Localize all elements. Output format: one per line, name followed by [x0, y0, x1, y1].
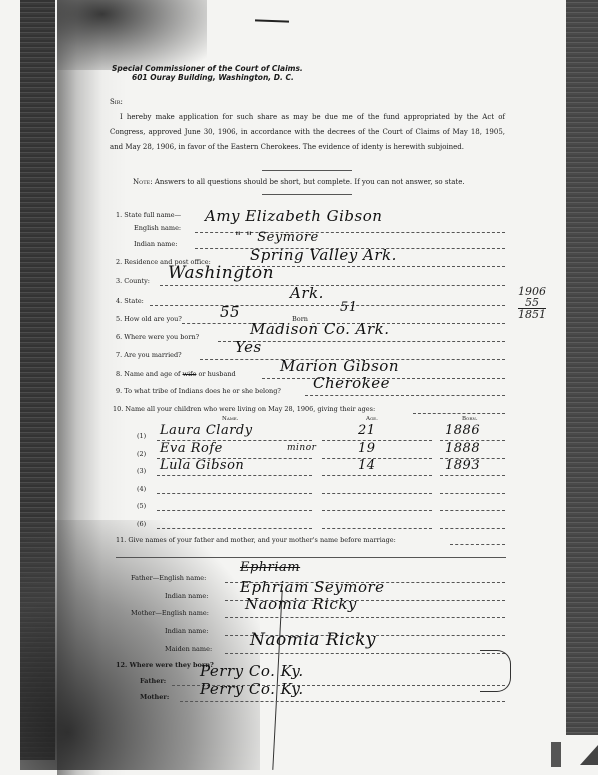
married-answer: Yes — [235, 338, 262, 356]
q4-label: 4. State: — [116, 297, 144, 305]
answer-line — [150, 305, 505, 306]
minor-note: minor — [287, 443, 316, 453]
child-number: (3) — [137, 467, 146, 475]
child-age: 19 — [358, 441, 376, 456]
answer-line — [157, 528, 312, 529]
pen-mark — [255, 19, 289, 22]
county-answer: Washington — [168, 263, 274, 283]
mother-indian-label: Indian name: — [165, 627, 208, 635]
answer-line — [322, 528, 432, 529]
answer-line — [440, 493, 505, 494]
header-line-2: 601 Ouray Building, Washington, D. C. — [112, 73, 303, 82]
english-name-answer: Amy Elizabeth Gibson — [205, 207, 382, 225]
father-born-label: Father: — [140, 677, 166, 685]
answer-line — [440, 510, 505, 511]
child-born: 1886 — [445, 423, 480, 438]
q1-label: 1. State full name— — [116, 211, 181, 219]
answer-line — [440, 475, 505, 476]
scan-corner-mark — [551, 742, 561, 767]
col-born: Born. — [462, 416, 478, 422]
col-age: Age. — [366, 416, 378, 422]
father-english-answer: Ephriam — [240, 560, 300, 575]
margin-line-3: 1851 — [518, 308, 546, 320]
child-age: 14 — [358, 458, 376, 473]
q7-label: 7. Are you married? — [116, 351, 182, 359]
note-label: Note: — [133, 178, 153, 186]
mother-english-answer: Naomia Ricky — [245, 595, 357, 613]
answer-line — [322, 440, 432, 441]
scan-corner-triangle — [580, 745, 598, 765]
pen-squiggle — [480, 650, 511, 692]
child-born: 1893 — [445, 458, 480, 473]
birthplace-answer: Madison Co. Ark. — [250, 320, 390, 338]
header-line-1: Special Commissioner of the Court of Cla… — [112, 64, 303, 73]
answer-line — [160, 285, 505, 286]
answer-line — [322, 475, 432, 476]
age-answer: 55 — [220, 303, 240, 321]
residence-answer: Spring Valley Ark. — [250, 246, 397, 264]
mother-english-label: Mother—English name: — [131, 609, 209, 617]
answer-line — [322, 458, 432, 459]
scan-shadow-top — [57, 0, 207, 70]
answer-line — [440, 528, 505, 529]
born-answer: 51 — [340, 300, 358, 315]
father-indian-label: Indian name: — [165, 592, 208, 600]
child-name: Eva Rofe — [160, 441, 223, 456]
q3-label: 3. County: — [116, 277, 150, 285]
child-age: 21 — [358, 423, 376, 438]
answer-line — [225, 617, 505, 618]
child-number: (2) — [137, 450, 146, 458]
father-born-answer: Perry Co. Ky. — [200, 662, 304, 680]
state-answer: Ark. — [290, 284, 324, 302]
answer-line — [322, 493, 432, 494]
q8-label: 8. Name and age of wife or husband — [116, 370, 236, 378]
maiden-label: Maiden name: — [165, 645, 212, 653]
child-born: 1888 — [445, 441, 480, 456]
child-number: (5) — [137, 502, 146, 510]
child-name: Lula Gibson — [160, 458, 244, 473]
divider — [116, 557, 506, 558]
mother-born-label: Mother: — [140, 693, 169, 701]
indian-name-answer: " " Seymore — [235, 230, 319, 245]
mother-born-answer: Perry Co. Ky. — [200, 680, 304, 698]
child-name: Laura Clardy — [160, 423, 253, 438]
tribe-answer: Cherokee — [313, 374, 390, 392]
margin-line-2: 55 — [518, 297, 546, 308]
divider — [262, 170, 352, 171]
maiden-answer: Naomia Ricky — [250, 630, 376, 650]
divider — [262, 194, 352, 195]
note: Note: Answers to all questions should be… — [133, 178, 465, 186]
child-number: (6) — [137, 520, 146, 528]
father-english-label: Father—English name: — [131, 574, 206, 582]
note-text: Answers to all questions should be short… — [155, 178, 465, 186]
q10-label: 10. Name all your children who were livi… — [113, 405, 375, 413]
q6-label: 6. Where were you born? — [116, 333, 199, 341]
answer-line — [225, 653, 505, 654]
english-name-label: English name: — [134, 224, 181, 232]
answer-line — [157, 475, 312, 476]
answer-line — [305, 395, 505, 396]
answer-line — [322, 510, 432, 511]
answer-line — [157, 510, 312, 511]
child-number: (4) — [137, 485, 146, 493]
answer-line — [450, 544, 505, 545]
col-name: Name. — [222, 416, 238, 422]
spouse-answer: Marion Gibson — [280, 357, 399, 375]
child-number: (1) — [137, 432, 146, 440]
father-indian-answer: Ephriam Seymore — [240, 578, 385, 596]
q11-label: 11. Give names of your father and mother… — [116, 536, 396, 544]
answer-line — [157, 493, 312, 494]
intro-paragraph: I hereby make application for such share… — [110, 110, 505, 155]
scan-edge-right — [566, 0, 598, 735]
q5-label: 5. How old are you? — [116, 315, 182, 323]
q9-label: 9. To what tribe of Indians does he or s… — [116, 387, 281, 395]
salutation: Sir: — [110, 98, 123, 106]
margin-calculation: 1906 55 1851 — [518, 286, 546, 320]
indian-name-label: Indian name: — [134, 240, 177, 248]
answer-line — [413, 413, 505, 414]
answer-line — [180, 701, 505, 702]
letter-header: Special Commissioner of the Court of Cla… — [112, 64, 303, 82]
